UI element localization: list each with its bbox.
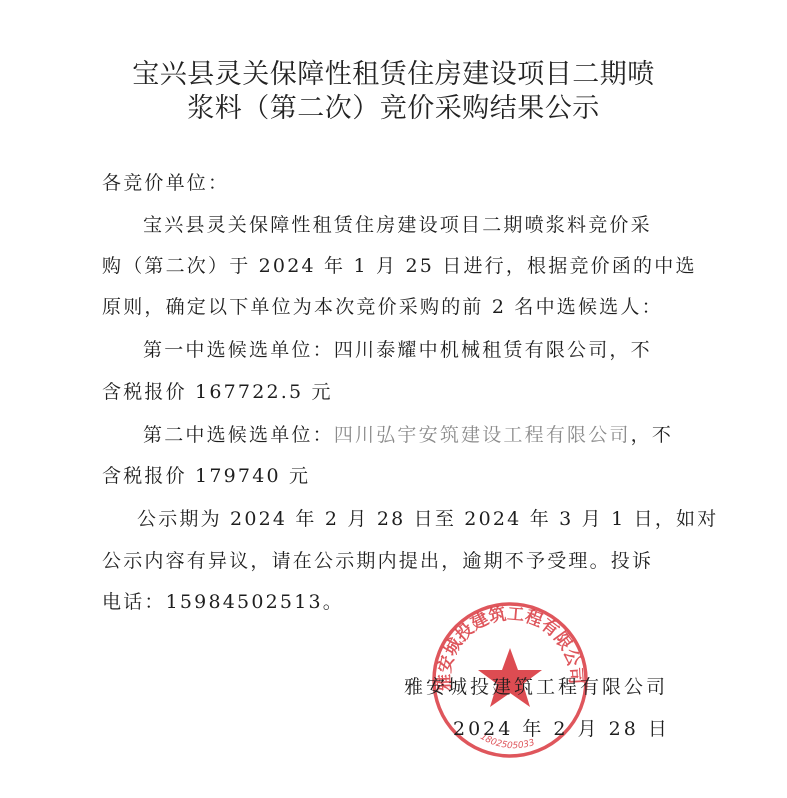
candidate-2-suffix: ，不 bbox=[631, 424, 673, 446]
signature-date: 2024 年 2 月 28 日 bbox=[453, 714, 670, 741]
candidate-2-price: 含税报价 179740 元 bbox=[102, 461, 310, 488]
document-title-line-2: 浆料（第二次）竞价采购结果公示 bbox=[0, 86, 787, 125]
candidate-1-label: 第一中选候选单位： bbox=[143, 339, 334, 361]
intro-line-3: 原则，确定以下单位为本次竞价采购的前 2 名中选候选人： bbox=[102, 292, 663, 319]
notice-line-1: 公示期为 2024 年 2 月 28 日至 2024 年 3 月 1 日，如对 bbox=[137, 504, 718, 531]
intro-line-1: 宝兴县灵关保障性租赁住房建设项目二期喷浆料竞价采 bbox=[143, 210, 652, 237]
candidate-2-company: 四川弘宇安筑建设工程有限公司 bbox=[334, 424, 631, 446]
candidate-1-suffix: ，不 bbox=[609, 339, 651, 361]
candidate-2: 第二中选候选单位：四川弘宇安筑建设工程有限公司，不 bbox=[143, 420, 673, 447]
notice-line-3: 电话：15984502513。 bbox=[102, 587, 344, 614]
salutation: 各竞价单位： bbox=[102, 168, 229, 195]
candidate-2-label: 第二中选候选单位： bbox=[143, 424, 334, 446]
candidate-1: 第一中选候选单位：四川泰耀中机械租赁有限公司，不 bbox=[143, 335, 652, 362]
signature-company: 雅安城投建筑工程有限公司 bbox=[404, 672, 668, 699]
candidate-1-company: 四川泰耀中机械租赁有限公司 bbox=[334, 339, 610, 361]
candidate-1-price: 含税报价 167722.5 元 bbox=[102, 377, 333, 404]
intro-line-2: 购（第二次）于 2024 年 1 月 25 日进行，根据竞价函的中选 bbox=[102, 251, 697, 278]
notice-line-2: 公示内容有异议，请在公示期内提出，逾期不予受理。投诉 bbox=[102, 546, 653, 573]
